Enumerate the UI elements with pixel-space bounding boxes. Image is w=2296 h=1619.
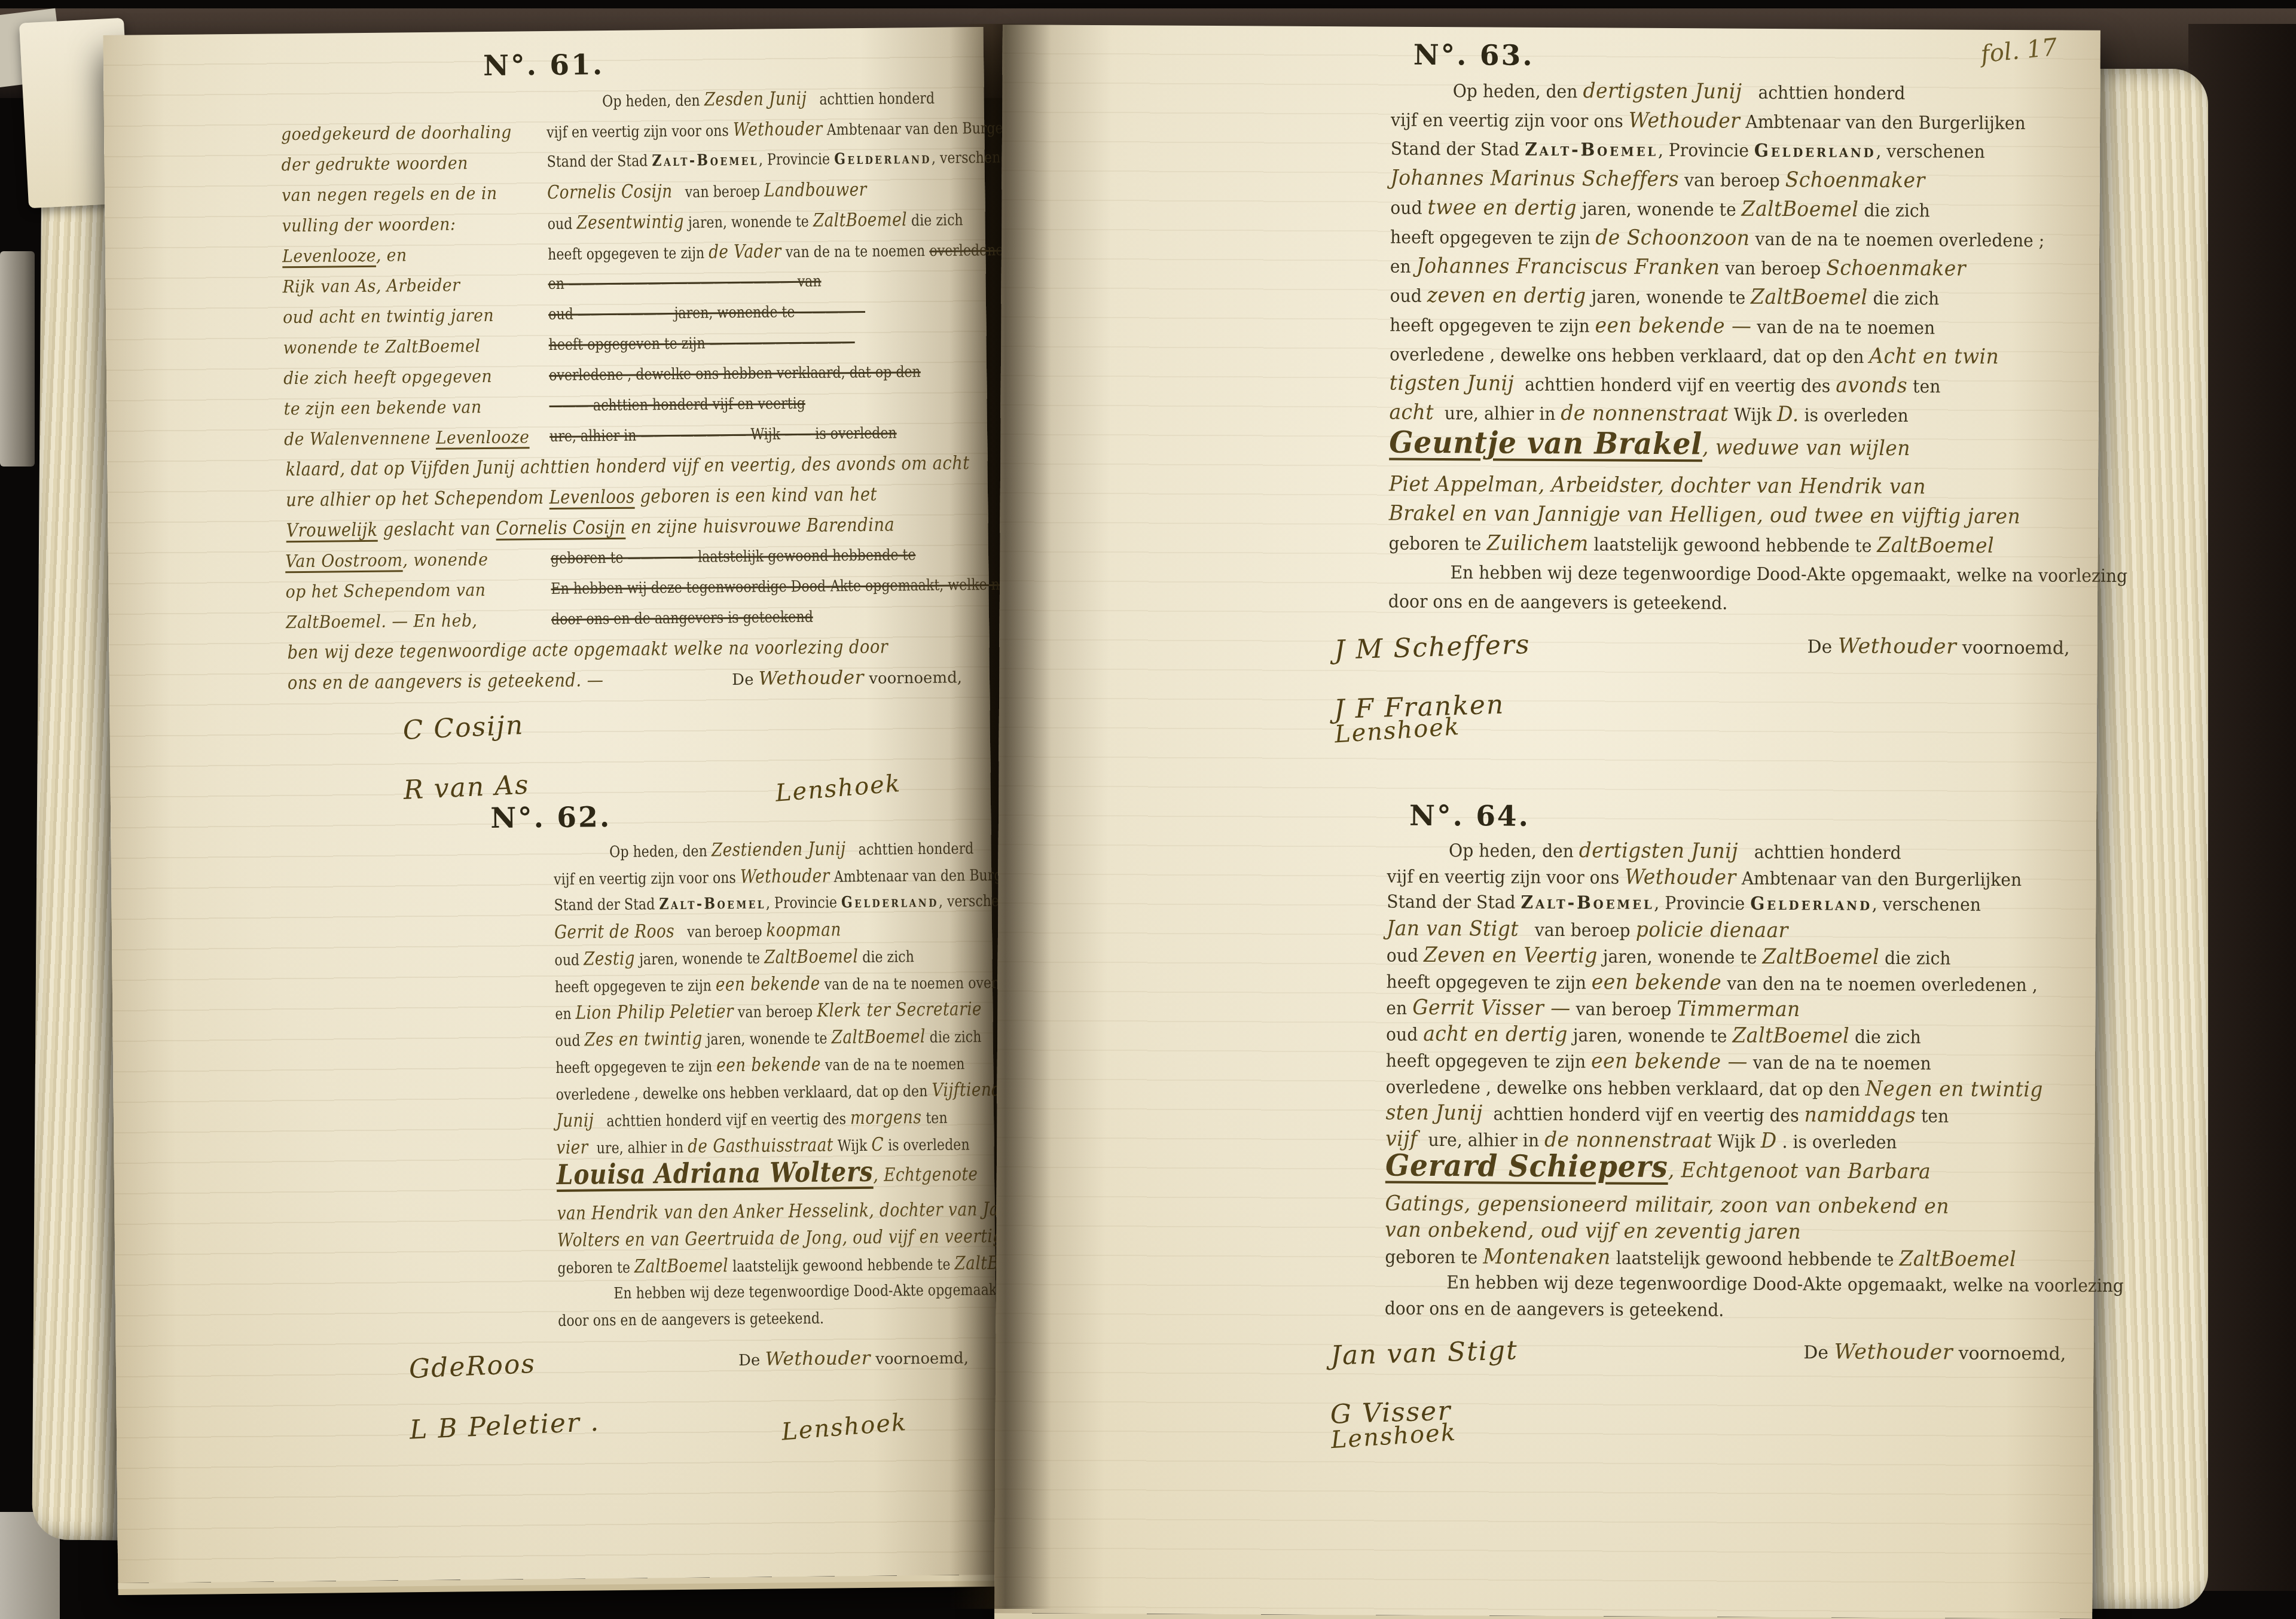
text-segment: Wethouder (1629, 109, 1741, 133)
text-segment: Stand der Stad (1387, 892, 1521, 913)
record-line: en Lion Philip Peletier van beroep Klerk… (112, 996, 993, 1031)
text-segment: , Provincie (766, 894, 841, 912)
line-text: Op heden, den Zestienden Junij achttien … (554, 835, 909, 868)
text-segment: van onbekend, oud vijf en zeventig jaren (1385, 1218, 1801, 1244)
line-text: En hebben wij deze tegenwoordige Dood-Ak… (1388, 558, 2041, 593)
record-line: heeft opgegeven te zijn de Schoonzoon va… (1002, 220, 2099, 255)
line-text: geboren te ZaltBoemel laatstelijk gewoon… (557, 1251, 913, 1283)
text-segment: Negen en twintig (1865, 1077, 2043, 1102)
text-segment: ure, alhier in (1434, 403, 1561, 425)
line-text: Jan van Stigt van beroep policie dienaar (1387, 916, 2039, 949)
line-text: Op heden, den dertigsten Junij achttien … (1391, 76, 2043, 112)
line-text: Geuntje van Brakel, weduwe van wijlen (1389, 428, 2041, 468)
text-segment: overledene , dewelke ons hebben verklaar… (1390, 344, 1869, 368)
text-segment: laatstelijk gewoond hebbende te (1589, 534, 1877, 557)
text-segment: Lion Philip Peletier (576, 1001, 734, 1024)
margin-note: op het Schependom van (285, 574, 527, 609)
text-segment: der gedrukte woorden (282, 153, 468, 175)
officiant-line: De Wethouder voornoemd, (738, 1347, 969, 1371)
text-segment: van beroep (1679, 170, 1785, 191)
text-segment: Gelderland (1754, 141, 1876, 162)
margin-note: goedgekeurd de doorhaling (281, 117, 523, 152)
book-clamp (0, 251, 35, 467)
line-text: door ons en de aangevers is geteekend (551, 601, 907, 636)
text-segment: Zestienden Junij (712, 838, 846, 861)
death-record-61: N°. 61.Op heden, den Zesden Junij achtti… (103, 45, 991, 836)
text-segment: vijf (1385, 1127, 1418, 1151)
text-segment: Brakel en van Jannigje van Helligen, oud… (1389, 502, 2021, 529)
line-text: overledene , dewelke ons hebben verklaar… (549, 357, 905, 392)
text-segment: Landbouwer (764, 179, 867, 202)
line-text: Johannes Marinus Scheffers van beroep Sc… (1390, 164, 2042, 200)
text-segment: De (738, 1352, 765, 1370)
line-text: heeft opgegeven te zijn ——————————— (548, 327, 904, 362)
text-segment: , Provincie (1658, 140, 1754, 161)
line-text: Louisa Adriana Wolters, Echtgenote (557, 1158, 913, 1194)
record-line: heeft opgegeven te zijn een bekende — va… (1001, 308, 2099, 343)
record-line: Stand der Stad Zalt-Boemel, Provincie Ge… (1002, 132, 2100, 167)
text-segment: van Hendrik van den Anker Hesselink, doc… (557, 1198, 1047, 1224)
text-segment: goedgekeurd de doorhaling (281, 122, 512, 145)
text-segment: jaren, wonende te (1598, 946, 1763, 968)
line-text: oud acht en dertig jaren, wonende te Zal… (1386, 1021, 2038, 1054)
register-photo: N°. 61.Op heden, den Zesden Junij achtti… (0, 0, 2296, 1619)
text-segment: oud (1387, 946, 1424, 966)
text-segment: Cornelis Cosijn (547, 181, 673, 203)
text-segment: twee en dertig (1427, 196, 1577, 220)
text-segment: Gelderland (834, 150, 932, 169)
line-text: heeft opgegeven te zijn een bekende — va… (1386, 1047, 2038, 1081)
record-line: acht ure, alhier in de nonnenstraat Wijk… (1000, 396, 2098, 431)
text-segment: overledene (929, 242, 1003, 260)
record-line: op het Schependom vanEn hebben wij deze … (108, 570, 988, 609)
text-segment: geslacht van (377, 518, 496, 541)
text-segment: Gelderland (841, 893, 939, 912)
text-segment: Wijk (833, 1137, 872, 1155)
text-segment: Op heden, den (609, 842, 712, 861)
text-segment: vijf en veertig zijn voor ons (1391, 110, 1629, 132)
text-segment: dertigsten Junij (1583, 79, 1742, 103)
text-segment: van negen regels en de in (282, 183, 497, 205)
record-line: Junij achttien honderd vijf en veertig d… (114, 1103, 994, 1139)
text-segment: Timmerman (1677, 997, 1800, 1022)
signature: G Visser (1330, 1395, 1452, 1429)
text-segment: Ambtenaar van den Burgerlijken (1740, 112, 2026, 134)
margin-note: wonende te ZaltBoemel (283, 330, 525, 365)
text-segment: door ons en de aangevers is geteekend. (1385, 1298, 1724, 1321)
line-text: vijf ure, alhier in de nonnenstraat Wijk… (1385, 1126, 2038, 1160)
text-segment: Stand der Stad (554, 895, 659, 914)
record-number: N°. 62. (111, 797, 991, 843)
record-line: Op heden, den dertigsten Junij achttien … (999, 834, 2096, 867)
text-segment: vijf en veertig zijn voor ons (554, 869, 740, 889)
officiant-signature: Lenshoek (774, 770, 902, 807)
record-line: Op heden, den dertigsten Junij achttien … (1002, 74, 2100, 109)
record-line: Levenlooze, enheeft opgegeven te zijn de… (105, 234, 985, 273)
text-segment: , Echtgenoot van Barbara (1668, 1158, 1931, 1184)
margin-note: oud acht en twintig jaren (283, 300, 525, 335)
text-segment: zeven en dertig (1427, 283, 1586, 308)
record-line: oud twee en dertig jaren, wonende te Zal… (1002, 191, 2099, 226)
line-text: En hebben wij deze tegenwoordige Dood-Ak… (1385, 1269, 2037, 1301)
text-segment: ure, alhier in (588, 1139, 688, 1158)
record-line: vijf en veertig zijn voor ons Wethouder … (998, 861, 2096, 893)
signature: GdeRoos (408, 1349, 536, 1385)
text-segment: De (1803, 1342, 1834, 1363)
text-segment: en ————————————————— van (548, 273, 821, 293)
record-line: Louisa Adriana Wolters, Echtgenote (114, 1157, 995, 1205)
text-segment: van beroep (674, 923, 767, 941)
record-line: tigsten Junij achttien honderd vijf en v… (1001, 367, 2099, 402)
text-segment: heeft opgegeven te zijn (555, 977, 716, 996)
line-text: Gerard Schiepers, Echtgenoot van Barbara (1385, 1152, 2038, 1190)
line-text: Stand der Stad Zalt-Boemel, Provincie Ge… (1391, 135, 2043, 170)
text-segment: achttien honderd (845, 840, 973, 859)
line-text: geboren te Montenaken laatstelijk gewoon… (1385, 1243, 2037, 1276)
line-text: oud Zestig jaren, wonende te ZaltBoemel … (554, 943, 910, 975)
text-segment: Stand der Stad (1391, 139, 1525, 160)
text-segment: geboren te (1388, 533, 1486, 555)
record-line: geboren te ZaltBoemel laatstelijk gewoon… (115, 1250, 995, 1285)
text-segment: Levenlooze (436, 426, 530, 448)
text-segment: achttien honderd (807, 90, 935, 109)
text-segment: op het Schependom van (285, 580, 486, 602)
text-segment: die zich (858, 948, 914, 966)
text-segment: jaren, wonende te (635, 950, 764, 969)
record-line: vijf en veertig zijn voor ons Wethouder … (1002, 103, 2100, 138)
text-segment: oud acht en twintig jaren (283, 305, 494, 327)
signature: Jan van Stigt (1330, 1335, 1519, 1371)
folio-mark: fol. 17 (1980, 33, 2059, 68)
text-segment: ZaltBoemel (1762, 945, 1879, 969)
text-segment: Schoenmaker (1826, 256, 1966, 280)
text-segment: Gerrit Visser — (1412, 996, 1571, 1020)
text-segment: heeft opgegeven te zijn (555, 1057, 716, 1077)
text-segment: Wethouder (759, 667, 865, 690)
record-line: Stand der Stad Zalt-Boemel, Provincie Ge… (998, 887, 2096, 919)
margin-note: Levenlooze, en (282, 239, 524, 274)
record-line: Van Oostroom, wonendegeboren te ————— la… (108, 539, 988, 578)
line-text: geboren te ————— laatstelijk gewoond heb… (551, 540, 906, 575)
text-segment: Johannes Franciscus Franken (1416, 254, 1720, 280)
text-segment: dertigsten Junij (1579, 839, 1738, 863)
text-segment: voornoemd, (871, 1350, 969, 1369)
record-line: geboren te Zuilichem laatstelijk gewoond… (1000, 526, 2097, 562)
text-segment: door ons en de aangevers is geteekend. (1388, 592, 1728, 614)
text-segment: Klerk ter Secretarie (817, 998, 982, 1022)
text-segment: voornoemd, (864, 669, 962, 688)
text-segment: jaren, wonende te (684, 213, 813, 232)
record-line: der gedrukte woordenStand der Stad Zalt-… (104, 143, 984, 182)
text-segment: De (732, 671, 759, 689)
line-text: Stand der Stad Zalt-Boemel, Provincie Ge… (546, 144, 902, 179)
text-segment: , en (376, 245, 407, 265)
line-text: En hebben wij deze tegenwoordige Dood-Ak… (558, 1277, 914, 1309)
text-segment: Acht en twin (1869, 344, 1999, 369)
text-segment: van de na te noemen overledene ; (1750, 229, 2044, 252)
line-text: door ons en de aangevers is geteekend. (1388, 587, 2041, 623)
text-segment: oud (1390, 198, 1427, 219)
text-segment: van de na te noemen (1748, 1053, 1931, 1075)
line-text: Brakel en van Jannigje van Helligen, oud… (1389, 499, 2041, 535)
text-segment: Wolters en van Geertruida de Jong, oud v… (557, 1225, 1057, 1251)
record-line: heeft opgegeven te zijn een bekende van … (997, 966, 2095, 998)
text-segment: Zesden Junij (704, 88, 807, 111)
line-text: en Gerrit Visser — van beroep Timmerman (1386, 995, 2038, 1028)
line-text: heeft opgegeven te zijn een bekende van … (1386, 968, 2038, 1002)
record-line: Wolters en van Geertruida de Jong, oud v… (115, 1223, 995, 1258)
text-segment: en (1386, 998, 1412, 1019)
text-segment: Wijk (1729, 405, 1777, 426)
text-segment: is overleden (884, 1136, 970, 1154)
line-text: vijf en veertig zijn voor ons Wethouder … (546, 113, 903, 150)
line-text: geboren te Zuilichem laatstelijk gewoond… (1388, 529, 2041, 565)
signature: L B Peletier . (409, 1407, 600, 1446)
record-line: heeft opgegeven te zijn een bekende — va… (997, 1045, 2095, 1077)
text-segment: en (555, 1005, 576, 1023)
text-segment: Wethouder (740, 865, 830, 888)
text-segment: avonds (1836, 374, 1907, 398)
text-segment: ZaltBoemel. — En heb, (286, 610, 478, 632)
signature-row: G VisserLenshoek (995, 1395, 2093, 1461)
text-segment: door ons en de aangevers is geteekend (551, 608, 813, 629)
text-segment: ——— achttien honderd vijf en veertig (549, 395, 805, 415)
text-segment: Gerrit de Roos (554, 920, 674, 943)
text-segment: van de na te noemen (821, 1055, 965, 1074)
record-line: En hebben wij deze tegenwoordige Dood-Ak… (1000, 556, 2097, 591)
signature-row: L B Peletier .Lenshoek (117, 1406, 997, 1474)
text-segment: Wethouder (733, 118, 823, 141)
record-line: heeft opgegeven te zijn een bekende van … (112, 969, 993, 1004)
text-segment: ben wij deze tegenwoordige acte opgemaak… (287, 636, 888, 664)
line-text: Wolters en van Geertruida de Jong, oud v… (557, 1224, 913, 1257)
text-segment: geboren te (1385, 1246, 1483, 1268)
line-text: En hebben wij deze tegenwoordige Dood-Ak… (551, 571, 906, 606)
text-segment: ten (1907, 376, 1940, 397)
text-segment: , wonende (402, 549, 488, 570)
text-segment: , weduwe van wijlen (1702, 435, 1910, 461)
margin-note: van negen regels en de in (282, 178, 524, 213)
text-segment: Cornelis Cosijn (496, 517, 625, 539)
text-segment: oud (554, 951, 584, 969)
text-segment: van de na te noemen (781, 242, 930, 261)
text-segment: van beroep (1519, 920, 1636, 941)
line-text: tigsten Junij achttien honderd vijf en v… (1390, 369, 2042, 405)
line-text: oud zeven en dertig jaren, wonende te Za… (1390, 281, 2042, 317)
text-segment: Zalt-Boemel (1525, 139, 1658, 161)
text-segment: Op heden, den (1449, 840, 1579, 862)
text-segment: Gerard Schiepers (1385, 1148, 1668, 1184)
record-line: Gerrit de Roos van beroep koopman (112, 915, 992, 950)
text-segment: Zeven en Veertig (1424, 943, 1598, 968)
text-segment: jaren, wonende te (1577, 199, 1742, 220)
death-record-63: N°. 63.Op heden, den dertigsten Junij ac… (999, 36, 2100, 755)
record-line: oud acht en twintig jarenoud ——————— jar… (106, 295, 986, 334)
text-segment: sten Junij (1385, 1101, 1482, 1126)
text-segment: Johannes Marinus Scheffers (1391, 166, 1680, 192)
text-segment: klaard, dat op Vijfden Junij achttien ho… (285, 452, 969, 480)
text-segment: oud (1390, 286, 1427, 307)
death-record-62: N°. 62.Op heden, den Zestienden Junij ac… (111, 797, 997, 1474)
line-text: oud ——————— jaren, wonende te ————— (548, 296, 904, 331)
record-line: Jan van Stigt van beroep policie dienaar (998, 913, 2096, 946)
text-segment: heeft opgegeven te zijn (548, 244, 709, 264)
line-text: vijf en veertig zijn voor ons Wethouder … (1391, 105, 2043, 141)
text-segment: Geuntje van Brakel (1389, 425, 1702, 462)
record-line: sten Junij achttien honderd vijf en veer… (997, 1097, 2095, 1130)
officiant-signature: Lenshoek (1330, 1383, 2004, 1455)
officiant-line: De Wethouder voornoemd, (1807, 634, 2069, 659)
text-segment: ZaltBoemel (1742, 197, 1859, 222)
text-segment: achttien honderd vijf en veertig des (594, 1110, 850, 1130)
text-segment: een bekende (716, 1054, 821, 1077)
line-text: Stand der Stad Zalt-Boemel, Provincie Ge… (1387, 889, 2039, 922)
record-line: de Walenvennene Levenloozeure, alhier in… (107, 417, 987, 456)
text-segment: Wethouder (1834, 1340, 1953, 1364)
text-segment: en zijne huisvrouwe Barendina (625, 514, 894, 538)
text-segment: Schoenmaker (1785, 168, 1925, 193)
line-text: ure alhier op het Schependom Levenloos g… (286, 480, 889, 519)
margin-note: Van Oostroom, wonende (285, 544, 527, 579)
text-segment: van den na te noemen overledenen , (1721, 974, 2038, 996)
text-segment: En hebben wij deze tegenwoordige Dood-Ak… (1450, 562, 2127, 587)
text-segment: Wijk (1712, 1131, 1760, 1152)
line-text: oud Zeven en Veertig jaren, wonende te Z… (1387, 942, 2039, 975)
text-segment: die zich (907, 211, 963, 230)
record-line: En hebben wij deze tegenwoordige Dood-Ak… (996, 1267, 2094, 1300)
record-line: oud Zestig jaren, wonende te ZaltBoemel … (112, 942, 992, 977)
text-segment: overledene , dewelke ons hebben verklaar… (549, 363, 921, 385)
line-text: Cornelis Cosijn van beroep Landbouwer (547, 174, 903, 211)
text-segment: die zich (1849, 1027, 1921, 1048)
text-segment: die zich (926, 1028, 982, 1047)
margin-note: die zich heeft opgegeven (283, 361, 526, 396)
text-segment: ZaltBoemel (831, 1026, 925, 1048)
text-segment: Gatings, gepensioneerd militair, zoon va… (1385, 1191, 1950, 1218)
text-segment: Piet Appelman, Arbeidster, dochter van H… (1389, 472, 1926, 499)
text-segment: oud ——————— jaren, wonende te ————— (548, 303, 865, 324)
text-segment: , Provincie (759, 150, 834, 169)
line-text: heeft opgegeven te zijn de Vader van de … (548, 235, 904, 272)
line-text: vijf en veertig zijn voor ons Wethouder … (554, 862, 909, 895)
line-text: heeft opgegeven te zijn een bekende — va… (1390, 310, 2042, 346)
text-segment: ten (1916, 1106, 1949, 1127)
record-line: Gerard Schiepers, Echtgenoot van Barbara (997, 1150, 2095, 1194)
record-line: Brakel en van Jannigje van Helligen, oud… (1000, 497, 2098, 532)
record-line: vulling der woorden:oud Zesentwintig jar… (105, 204, 985, 243)
text-segment: D (1761, 1129, 1777, 1153)
record-line: en Gerrit Visser — van beroep Timmerman (997, 992, 2095, 1025)
record-line: van negen regels en de inCornelis Cosijn… (105, 173, 985, 212)
line-text: van onbekend, oud vijf en zeventig jaren (1385, 1216, 2037, 1250)
line-text: overledene , dewelke ons hebben verklaar… (1390, 340, 2042, 376)
margin-note: vulling der woorden: (282, 208, 524, 243)
text-segment: Junij (556, 1109, 594, 1132)
text-segment: laatstelijk gewoond hebbende te (1611, 1248, 1900, 1270)
text-segment: achttien honderd (1738, 842, 1901, 864)
text-segment: overledene , dewelke ons hebben verklaar… (1386, 1077, 1865, 1100)
text-segment: Zalt-Boemel (659, 895, 766, 914)
text-segment: jaren, wonende te (1568, 1025, 1733, 1047)
margin-note: te zijn een bekende van (283, 391, 526, 426)
line-text: oud Zesentwintig jaren, wonende te ZaltB… (547, 205, 903, 241)
text-segment: voornoemd, (1956, 638, 2069, 659)
record-line: Op heden, den Zesden Junij achttien hond… (103, 82, 984, 121)
text-segment: wonende te ZaltBoemel (283, 336, 480, 358)
text-segment: die zich heeft opgegeven (283, 366, 492, 388)
text-segment: oud (1386, 1025, 1423, 1045)
line-text: sten Junij achttien honderd vijf en veer… (1385, 1100, 2038, 1133)
record-line: Op heden, den Zestienden Junij achttien … (111, 834, 991, 870)
line-text: vijf en veertig zijn voor ons Wethouder … (1387, 863, 2039, 897)
signature: C Cosijn (402, 710, 525, 746)
text-segment: acht (1389, 401, 1434, 425)
text-segment: een bekende — (1591, 1049, 1748, 1074)
left-page: N°. 61.Op heden, den Zesden Junij achtti… (103, 27, 999, 1583)
text-segment: Wethouder (1625, 865, 1736, 890)
signature-row: J M ScheffersDe Wethouder voornoemd, (999, 630, 2097, 696)
text-segment: door ons en de aangevers is geteekend. (558, 1310, 824, 1330)
death-record-64: N°. 64.Op heden, den dertigsten Junij ac… (995, 797, 2096, 1461)
line-text: ure, alhier in ———————— Wijk —— is overl… (549, 418, 905, 453)
text-segment: geboren is een kind van het (634, 484, 877, 508)
text-segment: ZaltBoemel (634, 1255, 728, 1277)
text-segment: De (1807, 636, 1838, 657)
record-line: Rijk van As, Arbeideren ————————————————… (105, 265, 985, 304)
margin-note: de Walenvennene Levenlooze (284, 422, 526, 457)
text-segment: vijf en veertig zijn voor ons (546, 122, 733, 142)
record-line: oud acht en dertig jaren, wonende te Zal… (997, 1019, 2095, 1051)
text-segment: namiddags (1805, 1103, 1916, 1127)
text-segment: vier (556, 1136, 588, 1158)
line-text: acht ure, alhier in de nonnenstraat Wijk… (1389, 398, 2041, 434)
text-segment: Zalt-Boemel (652, 151, 759, 170)
text-segment: Ambtenaar van den Burgerlijken (1736, 868, 2022, 891)
text-segment: Zes en twintig (584, 1028, 702, 1051)
record-line: ben wij deze tegenwoordige acte opgemaak… (109, 631, 989, 670)
officiant-signature: Lenshoek (1334, 678, 2008, 749)
text-segment: de nonnenstraat (1561, 401, 1729, 426)
line-text: Stand der Stad Zalt-Boemel, Provincie Ge… (554, 889, 909, 920)
text-segment: de nonnenstraat (1544, 1128, 1712, 1152)
text-segment: van beroep (734, 1003, 817, 1022)
line-text: door ons en de aangevers is geteekend. (558, 1304, 914, 1336)
record-line: Stand der Stad Zalt-Boemel, Provincie Ge… (111, 888, 991, 923)
record-line: heeft opgegeven te zijn een bekende van … (113, 1050, 993, 1085)
text-segment: Stand der Stad (547, 152, 652, 171)
text-segment: Zesentwintig (576, 211, 684, 234)
line-text: klaard, dat op Vijfden Junij achttien ho… (285, 449, 888, 488)
text-segment: jaren, wonende te (1586, 286, 1751, 308)
record-line: door ons en de aangevers is geteekend. (1000, 585, 2097, 620)
record-line: door ons en de aangevers is geteekend. (115, 1304, 996, 1339)
text-segment: is overleden (1799, 405, 1909, 426)
text-segment: Montenaken (1483, 1245, 1611, 1269)
line-text: Vrouwelijk geslacht van Cornelis Cosijn … (286, 510, 889, 549)
text-segment: ure alhier op het Schependom (286, 487, 549, 511)
text-segment: , verschenen (1872, 894, 1981, 916)
record-line: oud Zes en twintig jaren, wonende te Zal… (113, 1023, 993, 1058)
record-line: die zich heeft opgegevenoverledene , dew… (106, 356, 987, 395)
text-segment: tigsten Junij (1390, 371, 1515, 396)
text-segment: Levenlooze (282, 245, 376, 267)
line-text: Junij achttien honderd vijf en veertig d… (556, 1104, 912, 1137)
margin-note: Rijk van As, Arbeider (282, 269, 524, 304)
text-segment: Vrouwelijk (286, 519, 377, 541)
text-segment: Op heden, den (1453, 81, 1583, 102)
text-segment: van beroep (1720, 258, 1826, 279)
text-segment: die zich (1868, 288, 1940, 310)
